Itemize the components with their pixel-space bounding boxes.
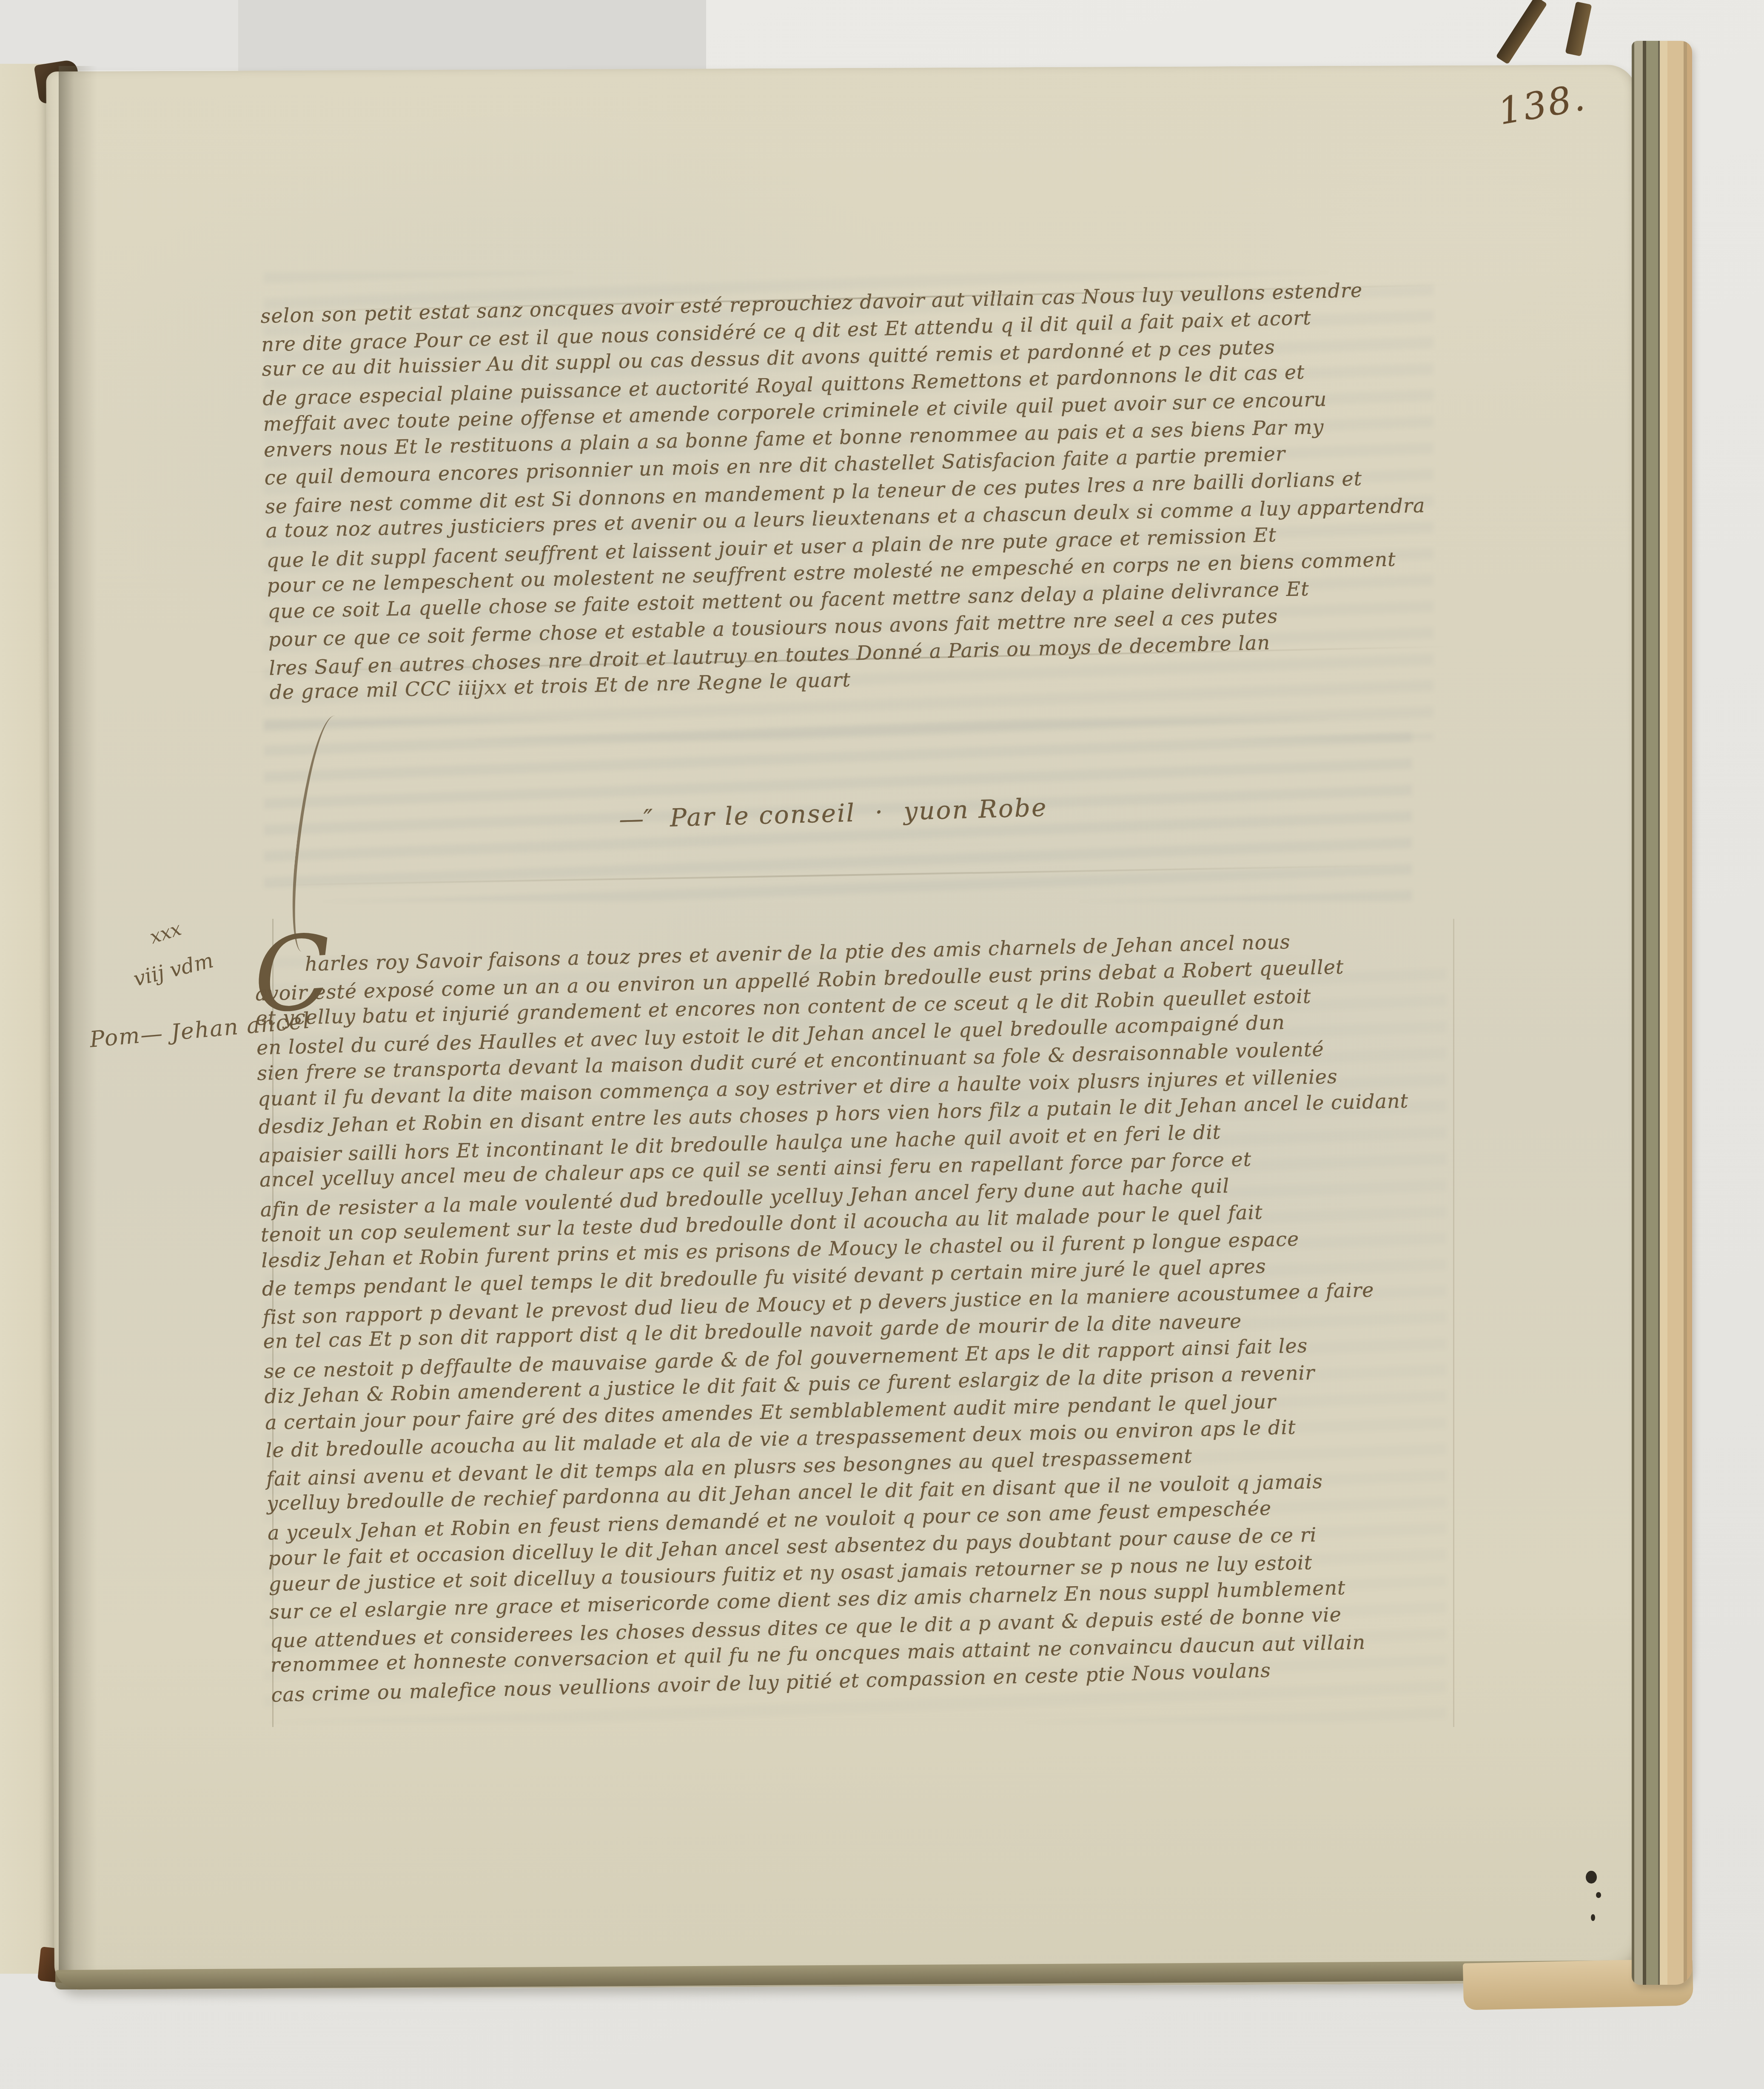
signature-separator: · [855, 797, 904, 827]
ink-stain [1586, 1871, 1597, 1884]
ink-stain [1591, 1914, 1595, 1921]
fore-edge-stack [1632, 41, 1692, 1985]
manuscript-photo: 138. selon son petit estat sanz oncques … [0, 0, 1764, 2089]
leather-tie-icon [1496, 0, 1547, 65]
ink-stain [1596, 1892, 1601, 1898]
paragraph-remission-jehan-ancel: harles roy Savoir faisons a touz pres et… [254, 925, 1467, 1707]
signature-flourish: —″ [618, 804, 670, 834]
signature-clerk-name: yuon Robe [903, 793, 1048, 826]
backdrop-shade [0, 0, 238, 70]
signature-by-clause: Par le conseil [670, 798, 856, 832]
paragraph-remission-end: selon son petit estat sanz oncques avoir… [260, 275, 1456, 707]
gutter-shadow [59, 66, 97, 1972]
leather-tie2-icon [1565, 1, 1592, 56]
